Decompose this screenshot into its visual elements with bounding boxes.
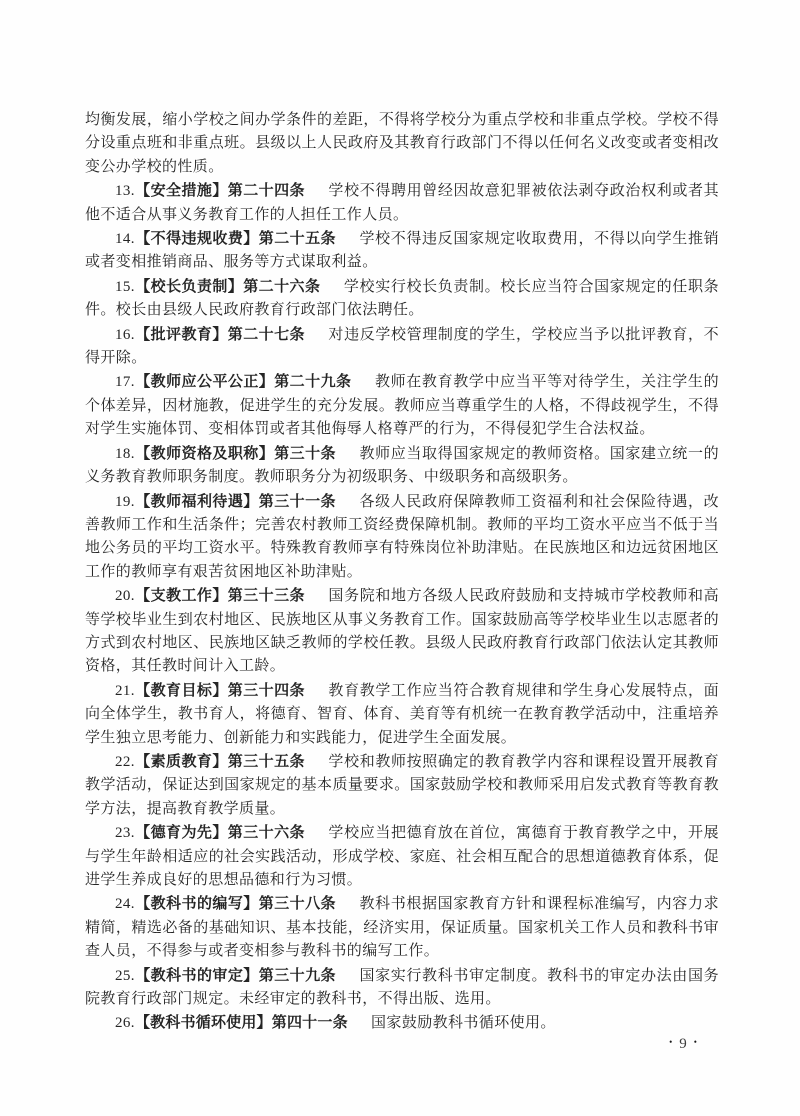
item-article: 第四十一条: [272, 1014, 348, 1031]
item-article: 第三十条: [274, 445, 336, 462]
item-article: 第三十三条: [228, 587, 305, 604]
document-page: 均衡发展，缩小学校之间办学条件的差距，不得将学校分为重点学校和非重点学校。学校不…: [0, 0, 800, 1116]
items-container: 13.【安全措施】第二十四条学校不得聘用曾经因故意犯罪被依法剥夺政治权利或者其他…: [85, 179, 719, 1036]
law-item: 16.【批评教育】第二十七条对违反学校管理制度的学生，学校应当予以批评教育，不得…: [85, 323, 719, 371]
item-article: 第三十八条: [259, 895, 336, 912]
law-item: 21.【教育目标】第三十四条教育教学工作应当符合教育规律和学生身心发展特点，面向…: [85, 679, 719, 750]
law-item: 19.【教师福利待遇】第三十一条各级人民政府保障教师工资福利和社会保险待遇，改善…: [85, 490, 719, 585]
law-item: 26.【教科书循环使用】第四十一条国家鼓励教科书循环使用。: [85, 1011, 719, 1035]
item-number: 24.: [115, 896, 135, 912]
law-item: 20.【支教工作】第三十三条国务院和地方各级人民政府鼓励和支持城市学校教师和高等…: [85, 584, 719, 679]
item-number: 17.: [115, 374, 135, 390]
item-label: 【教师应公平公正】: [135, 373, 274, 390]
item-label: 【支教工作】: [135, 587, 228, 604]
item-label: 【教师福利待遇】: [135, 493, 259, 510]
item-article: 第三十一条: [259, 493, 336, 510]
law-item: 24.【教科书的编写】第三十八条教科书根据国家教育方针和课程标准编写，内容力求精…: [85, 892, 719, 963]
item-label: 【教育目标】: [135, 682, 228, 699]
item-article: 第二十七条: [228, 326, 305, 343]
law-item: 22.【素质教育】第三十五条学校和教师按照确定的教育教学内容和课程设置开展教育教…: [85, 750, 719, 821]
law-item: 13.【安全措施】第二十四条学校不得聘用曾经因故意犯罪被依法剥夺政治权利或者其他…: [85, 179, 719, 227]
item-label: 【批评教育】: [135, 326, 228, 343]
item-article: 第二十九条: [274, 373, 351, 390]
item-label: 【教科书的审定】: [135, 967, 259, 984]
item-number: 26.: [115, 1015, 135, 1031]
law-item: 15.【校长负责制】第二十六条学校实行校长负责制。校长应当符合国家规定的任职条件…: [85, 275, 719, 323]
text-block: 均衡发展，缩小学校之间办学条件的差距，不得将学校分为重点学校和非重点学校。学校不…: [85, 109, 719, 1036]
footer-left-dot: •: [662, 1037, 679, 1047]
item-article: 第二十五条: [259, 230, 336, 247]
item-number: 25.: [115, 968, 135, 984]
item-label: 【教科书的编写】: [135, 895, 259, 912]
page-footer: •9•: [645, 1036, 721, 1053]
item-number: 15.: [115, 279, 135, 295]
page-number: 9: [679, 1036, 687, 1053]
item-text: 国家鼓励教科书循环使用。: [371, 1015, 556, 1031]
item-number: 18.: [115, 446, 135, 462]
item-label: 【德育为先】: [135, 824, 228, 841]
item-number: 14.: [115, 231, 135, 247]
law-item: 17.【教师应公平公正】第二十九条教师在教育教学中应当平等对待学生，关注学生的个…: [85, 370, 719, 441]
item-article: 第三十四条: [228, 682, 305, 699]
item-number: 23.: [115, 825, 135, 841]
item-label: 【素质教育】: [135, 753, 228, 770]
item-number: 19.: [115, 494, 135, 510]
item-label: 【安全措施】: [135, 182, 228, 199]
item-article: 第三十九条: [259, 967, 336, 984]
item-number: 22.: [115, 754, 135, 770]
item-number: 21.: [115, 683, 135, 699]
item-number: 13.: [115, 183, 135, 199]
item-article: 第三十六条: [228, 824, 305, 841]
law-item: 25.【教科书的审定】第三十九条国家实行教科书审定制度。教科书的审定办法由国务院…: [85, 964, 719, 1012]
law-item: 23.【德育为先】第三十六条学校应当把德育放在首位，寓德育于教育教学之中，开展与…: [85, 821, 719, 892]
item-article: 第三十五条: [228, 753, 305, 770]
item-number: 20.: [115, 588, 135, 604]
item-article: 第二十四条: [228, 182, 305, 199]
item-label: 【教科书循环使用】: [135, 1014, 272, 1031]
item-label: 【教师资格及职称】: [135, 445, 274, 462]
law-item: 14.【不得违规收费】第二十五条学校不得违反国家规定收取费用，不得以向学生推销或…: [85, 227, 719, 275]
footer-right-dot: •: [687, 1037, 704, 1047]
item-article: 第二十六条: [243, 278, 320, 295]
item-number: 16.: [115, 327, 135, 343]
paragraph-continuation: 均衡发展，缩小学校之间办学条件的差距，不得将学校分为重点学校和非重点学校。学校不…: [85, 109, 719, 179]
item-label: 【不得违规收费】: [135, 230, 259, 247]
law-item: 18.【教师资格及职称】第三十条教师应当取得国家规定的教师资格。国家建立统一的义…: [85, 442, 719, 490]
item-label: 【校长负责制】: [135, 278, 243, 295]
